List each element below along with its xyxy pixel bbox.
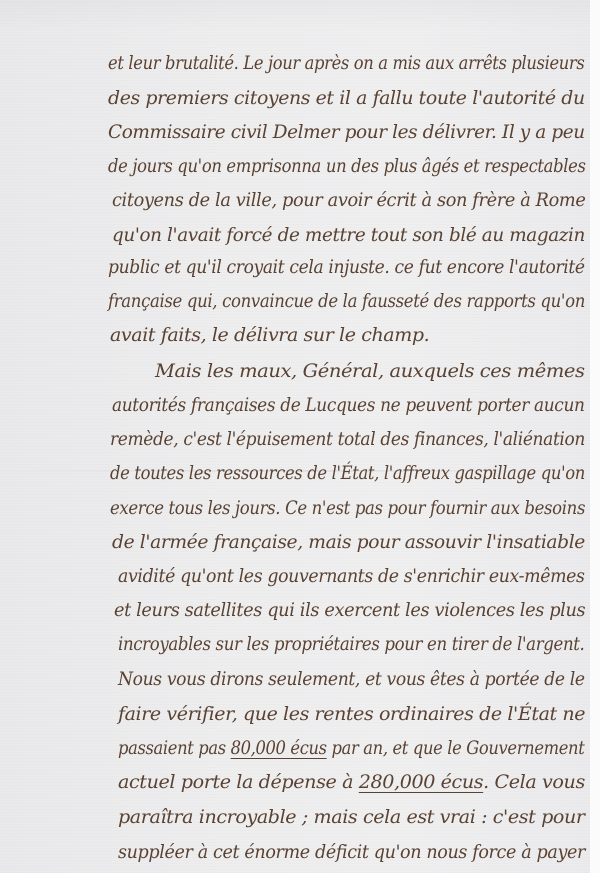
manuscript-line-5: citoyens de la ville, pour avoir écrit à… — [112, 189, 585, 211]
manuscript-line-6: qu'on l'avait forcé de mettre tout son b… — [112, 224, 585, 246]
manuscript-line-2: des premiers citoyens et il a fallu tout… — [108, 87, 585, 109]
manuscript-line-3: Commissaire civil Delmer pour les délivr… — [108, 121, 585, 143]
manuscript-line-12: remède, c'est l'épuisement total des fin… — [110, 428, 585, 450]
manuscript-line-8: française qui, convaincue de la fausseté… — [108, 290, 585, 312]
manuscript-line-10-paragraph-start: Mais les maux, Général, auxquels ces mêm… — [155, 360, 585, 382]
background-margin — [590, 0, 600, 873]
manuscript-line-19: Nous vous dirons seulement, et vous êtes… — [118, 668, 585, 690]
manuscript-line-15: de l'armée française, mais pour assouvir… — [112, 531, 585, 553]
manuscript-line-16: avidité qu'ont les gouvernants de s'enri… — [118, 565, 585, 587]
manuscript-line-24: suppléer à cet énorme déficit qu'on nous… — [118, 841, 585, 863]
manuscript-line-9: avait faits, le délivra sur le champ. — [110, 324, 429, 346]
manuscript-line-14: exerce tous les jours. Ce n'est pas pour… — [110, 497, 585, 519]
manuscript-line-22-underlined-280000: actuel porte la dépense à 280,000 écus. … — [118, 771, 585, 793]
manuscript-line-7: public et qu'il croyait cela injuste. ce… — [108, 256, 585, 278]
manuscript-line-13: de toutes les ressources de l'État, l'af… — [110, 462, 585, 484]
underlined-amount: 280,000 écus — [359, 771, 483, 793]
manuscript-line-21-underlined-80000: passaient pas 80,000 écus par an, et que… — [118, 737, 584, 759]
manuscript-line-4: de jours qu'on emprisonna un des plus âg… — [108, 155, 586, 177]
manuscript-line-11: autorités françaises de Lucques ne peuve… — [112, 394, 585, 416]
manuscript-line-18: incroyables sur les propriétaires pour e… — [118, 633, 584, 655]
manuscript-line-1: et leur brutalité. Le jour après on a mi… — [108, 52, 584, 74]
manuscript-line-23: paraîtra incroyable ; mais cela est vrai… — [118, 806, 585, 828]
manuscript-line-17: et leurs satellites qui ils exercent les… — [114, 599, 585, 621]
manuscript-page: et leur brutalité. Le jour après on a mi… — [0, 0, 590, 873]
manuscript-line-20: faire vérifier, que les rentes ordinaire… — [118, 703, 585, 725]
underlined-amount: 80,000 écus — [231, 737, 327, 759]
